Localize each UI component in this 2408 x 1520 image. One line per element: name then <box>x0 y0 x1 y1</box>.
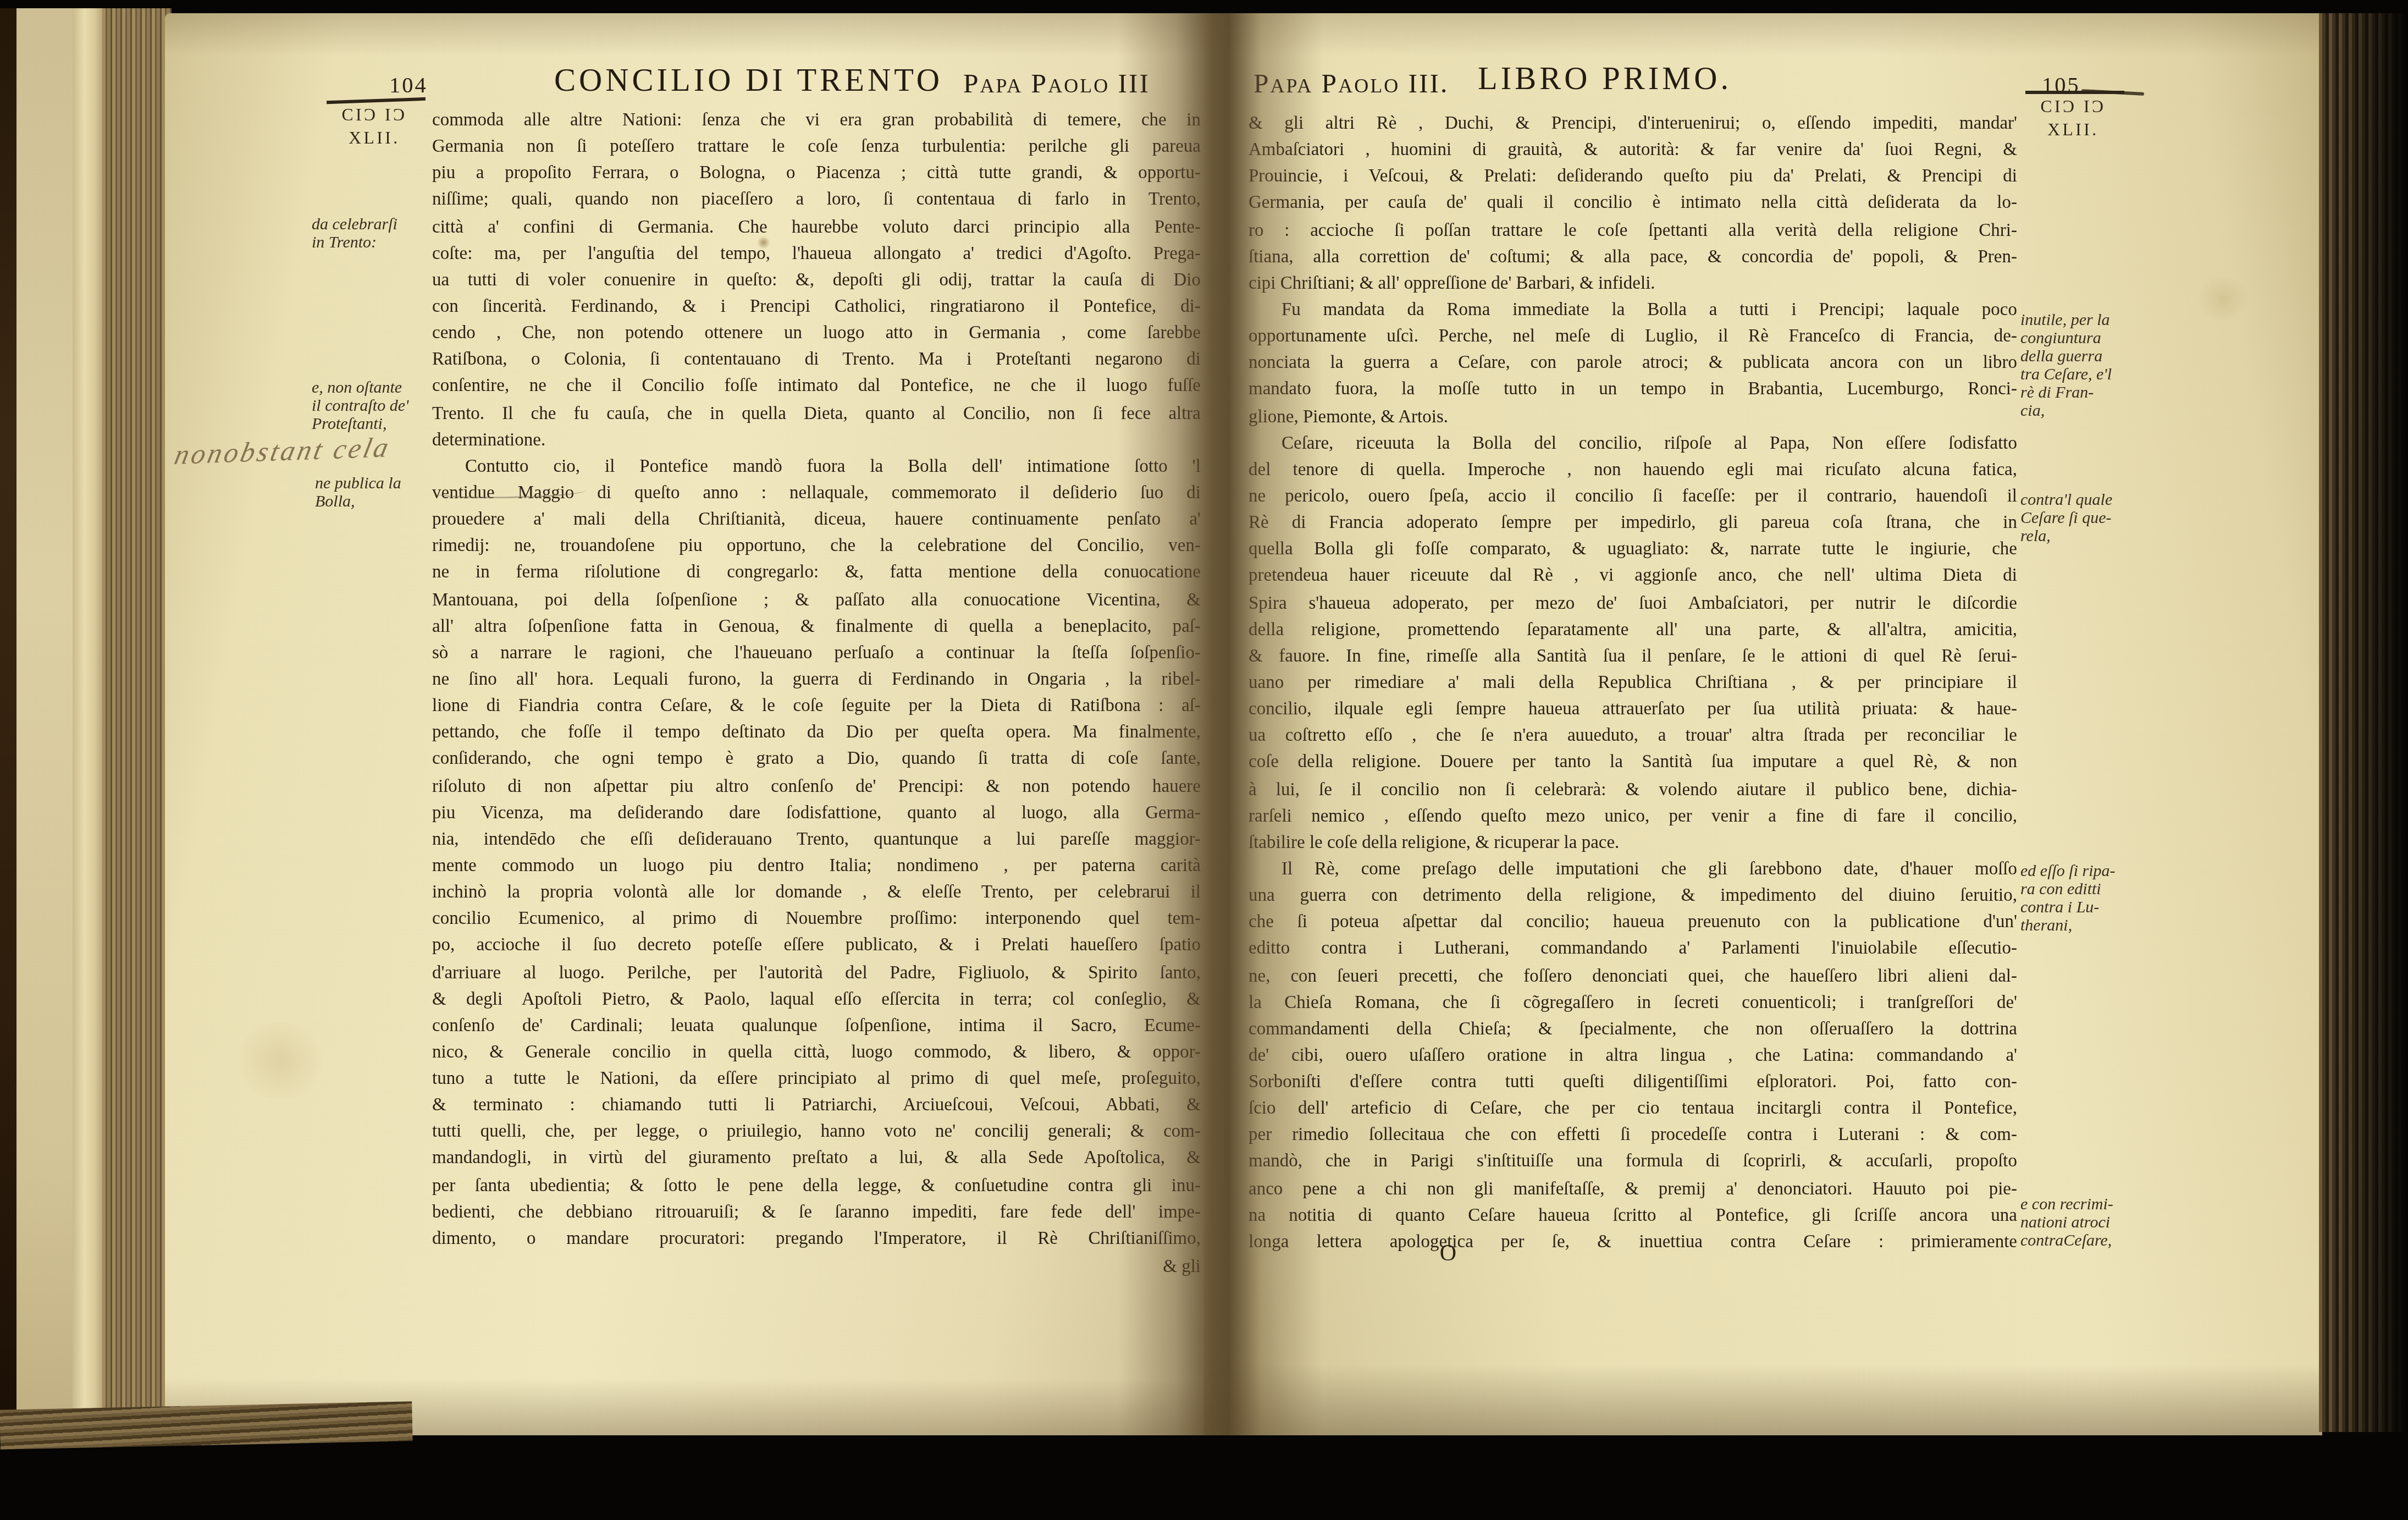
book-edge-right <box>2319 13 2408 1432</box>
text-line: commandamenti della Chieſa; & ſpecialmen… <box>1249 1016 2017 1042</box>
book-edge-left <box>0 8 172 1440</box>
text-line: ſtiana, alla correttion de' coſtumi; & a… <box>1249 244 2017 270</box>
paragraph: & gli altri Rè , Duchi, & Prencipi, d'in… <box>1249 111 2017 297</box>
text-line: che ſi poteua aſpettar dal concilio; hau… <box>1249 910 2017 936</box>
text-line: Germania, per cauſa de' quali il concili… <box>1249 190 2017 217</box>
text-line: piu a propoſito Ferrara, o Bologna, o Pi… <box>432 161 1201 187</box>
running-title-left: CONCILIO DI TRENTO <box>554 64 943 101</box>
page-number-right: 105 <box>2042 73 2080 99</box>
catchword: & gli <box>432 1257 1201 1277</box>
text-line: concilio Ecumenico, al primo di Nouembre… <box>432 906 1201 933</box>
text-line: Ratiſbona, o Colonia, ſi contentauano di… <box>432 347 1201 373</box>
text-line: mandandogli, in virtù del giuramento pre… <box>432 1145 1201 1172</box>
paragraph: Il Rè, come preſago delle imputationi ch… <box>1249 856 2017 1255</box>
text-line: coſte: ma, per l'anguſtia del tempo, l'h… <box>432 240 1201 267</box>
page-ridge-edge <box>73 8 102 1440</box>
text-line: ne in ferma riſolutione di congregarlo: … <box>432 560 1201 586</box>
text-line: uano per rimediare a' mali della Republi… <box>1249 670 2017 696</box>
text-line: Spira s'haueua adoperato, per mezo de' ſ… <box>1249 590 2017 616</box>
text-line: à lui, ſe il concilio non ſi celebrarà: … <box>1249 776 2017 803</box>
text-line: commoda alle altre Nationi: ſenza che vi… <box>432 107 1201 134</box>
text-line: coſe della religione. Douere per tanto l… <box>1249 750 2017 776</box>
text-line: na notitia di quanto Ceſare haueua ſcrit… <box>1249 1202 2017 1229</box>
text-line: una guerra con detrimento della religion… <box>1249 883 2017 909</box>
text-line: rarſeli nemico , eſſendo queſto mezo uni… <box>1249 803 2017 829</box>
page-stack-left <box>102 8 172 1440</box>
text-line: per ſanta ubedientia; & ſotto le pene de… <box>432 1172 1201 1199</box>
text-line: determinatione. <box>432 427 1201 453</box>
margin-note-non-ostante: e, non oſtante il contraſto de' Proteſta… <box>312 379 450 434</box>
text-line: ne pericolo, ouero ſpeſa, accio il conci… <box>1249 483 2017 510</box>
margin-note-recriminationi: e con recrimi- nationi atroci contraCeſa… <box>2020 1196 2152 1251</box>
text-line: Fu mandata da Roma immediate la Bolla a … <box>1249 297 2017 323</box>
text-line: Ambaſciatori , huomini di grauità, & aut… <box>1249 137 2017 163</box>
text-line: pretendeua hauer riceuute dal Rè , vi ag… <box>1249 563 2017 590</box>
text-line: conſentire, ne che il Concilio foſſe int… <box>432 373 1201 400</box>
signature-mark: O <box>1415 1242 1481 1269</box>
text-line: Contutto cio, il Pontefice mandò fuora l… <box>432 453 1201 480</box>
text-line: mandato fuora, la moſſe tutto in un temp… <box>1249 377 2017 403</box>
text-line: ua coſtretto eſſo , che ſe n'era auuedut… <box>1249 723 2017 750</box>
text-line: Sorboniſti d'eſſere contra tutti queſti … <box>1249 1069 2017 1095</box>
text-line: ua tutti di voler conuenire in queſto: &… <box>432 267 1201 294</box>
text-line: bedienti, che debbiano ritrouaruiſi; & ſ… <box>432 1199 1201 1225</box>
text-line: niſſime; quali, quando non piaceſſero a … <box>432 187 1201 213</box>
margin-note-ed-esso: ed eſſo ſi ripa- ra con editti contra i … <box>2020 863 2149 935</box>
paragraph: Fu mandata da Roma immediate la Bolla a … <box>1249 297 2017 430</box>
text-line: dimento, o mandare procuratori: pregando… <box>432 1226 1201 1252</box>
text-line: mente commodo un luogo piu dentro Italia… <box>432 853 1201 879</box>
text-line: mandò, che in Parigi s'inſtituiſſe una f… <box>1249 1149 2017 1175</box>
text-line: longa lettera apologetica per ſe, & inue… <box>1249 1229 2017 1255</box>
text-line: riſoluto di non aſpettar piu altro conſe… <box>432 773 1201 800</box>
text-line: della religione, promettendo ſeparatamen… <box>1249 616 2017 643</box>
text-line: ne, con ſeueri precetti, che foſſero den… <box>1249 963 2017 989</box>
text-line: nico, & Generale concilio in quella citt… <box>432 1039 1201 1066</box>
text-line: & degli Apoſtoli Pietro, & Paolo, laqual… <box>432 986 1201 1012</box>
running-title-right-papa: Papa Paolo III. <box>1253 68 1449 101</box>
text-line: & gli altri Rè , Duchi, & Prencipi, d'in… <box>1249 111 2017 137</box>
text-line: tutti quelli, che, per legge, o priuileg… <box>432 1119 1201 1145</box>
running-title-right: LIBRO PRIMO. <box>1478 63 1732 99</box>
text-line: Il Rè, come preſago delle imputationi ch… <box>1249 856 2017 883</box>
page-number-left: 104 <box>389 73 428 99</box>
text-line: la Chieſa Romana, che ſi cõgregaſſero in… <box>1249 989 2017 1016</box>
text-line: Trento. Il che fu cauſa, che in quella D… <box>432 400 1201 427</box>
text-line: piu Vicenza, ma deſiderando dare ſodisfa… <box>432 800 1201 826</box>
text-line: ne ſino all' hora. Lequali furono, la gu… <box>432 667 1201 693</box>
text-line: sò a narrare le ragioni, che l'haueuano … <box>432 640 1201 666</box>
text-line: ſtabilire le coſe della religione, & ric… <box>1249 829 2017 856</box>
margin-rule-right <box>2025 91 2124 94</box>
text-line: Germania non ſi poteſſero trattare le co… <box>432 134 1201 160</box>
text-line: glione, Piemonte, & Artois. <box>1249 404 2017 430</box>
margin-note-da-celebrarsi: da celebrarſi in Trento: <box>312 216 444 252</box>
text-line: inchinò la propria volontà alle lor doma… <box>432 879 1201 906</box>
text-line: po, accioche il ſuo decreto poteſſe eſſe… <box>432 933 1201 959</box>
page-stack-bottom <box>0 1401 413 1450</box>
running-title-left-continuation: Papa Paolo III <box>963 68 1150 101</box>
photo-background: 104 CONCILIO DI TRENTO Papa Paolo III Pa… <box>0 0 2408 1520</box>
margin-note-contra-quale: contra'l quale Ceſare ſi que- rela, <box>2020 492 2149 546</box>
cover-leather-edge <box>0 8 16 1440</box>
text-line: quella Bolla gli foſſe comparato, & ugua… <box>1249 537 2017 563</box>
margin-note-ne-publica: ne publica la Bolla, <box>315 475 447 511</box>
text-line: Rè di Francia adoperato ſempre per imped… <box>1249 510 2017 536</box>
text-line: concilio, ilquale egli ſempre haueua att… <box>1249 696 2017 723</box>
text-line: tuno a tutte le Nationi, da eſſere princ… <box>432 1066 1201 1092</box>
text-line: cipi Chriſtiani; & all' oppreſſione de' … <box>1249 271 2017 297</box>
paragraph: Contutto cio, il Pontefice mandò fuora l… <box>432 453 1201 1252</box>
text-line: rimedij: ne, trouandoſene piu opportuno,… <box>432 533 1201 560</box>
text-line: editto contra i Lutherani, commandando a… <box>1249 936 2017 962</box>
text-line: nonciata la guerra a Ceſare, con parole … <box>1249 350 2017 377</box>
text-line: de' cibi, ouero uſaſſero oratione in alt… <box>1249 1043 2017 1069</box>
text-line: Prouincie, i Veſcoui, & Prelati: deſider… <box>1249 164 2017 190</box>
text-line: ſcio dell' arteficio di Ceſare, che per … <box>1249 1096 2017 1122</box>
text-line: conſiderando, che ogni tempo è grato a D… <box>432 746 1201 773</box>
text-line: cendo , Che, non potendo ottenere un luo… <box>432 320 1201 346</box>
text-line: città a' confini di Germania. Che haureb… <box>432 214 1201 240</box>
margin-note-inutile: inutile, per la congiuntura della guerra… <box>2020 312 2149 421</box>
margin-year-left: CIƆ IƆ XLII. <box>323 106 426 150</box>
text-line: per rimedio ſollecitaua che con effetti … <box>1249 1122 2017 1149</box>
body-text-left: commoda alle altre Nationi: ſenza che vi… <box>432 107 1201 1252</box>
paragraph: commoda alle altre Nationi: ſenza che vi… <box>432 107 1201 453</box>
text-line: anco pene a chi non gli manifeſtaſſe, & … <box>1249 1176 2017 1202</box>
book-photo: 104 CONCILIO DI TRENTO Papa Paolo III Pa… <box>0 0 2408 1520</box>
text-line: del tenore di quella. Imperoche , non ha… <box>1249 456 2017 483</box>
text-line: conſenſo de' Cardinali; leuata qualunque… <box>432 1012 1201 1039</box>
text-line: Ceſare, riceuuta la Bolla del concilio, … <box>1249 430 2017 456</box>
body-text-right: & gli altri Rè , Duchi, & Prencipi, d'in… <box>1249 111 2017 1255</box>
text-line: d'arriuare al luogo. Perilche, per l'aut… <box>432 960 1201 986</box>
text-line: ro : accioche ſi poſſan trattare le coſe… <box>1249 217 2017 244</box>
paragraph: Ceſare, riceuuta la Bolla del concilio, … <box>1249 430 2017 856</box>
text-line: all' altra ſoſpenſione fatta in Genoua, … <box>432 613 1201 640</box>
text-line: prouedere a' mali della Chriſtianità, di… <box>432 506 1201 533</box>
text-line: & terminato : chiamando tutti li Patriar… <box>432 1093 1201 1119</box>
flyleaf-edge <box>16 8 73 1440</box>
text-line: nia, intendēdo che eſſi deſiderauano Tre… <box>432 826 1201 852</box>
text-line: con ſincerità. Ferdinando, & i Prencipi … <box>432 294 1201 320</box>
text-line: pettando, che foſſe il tempo deſtinato d… <box>432 720 1201 746</box>
text-line: Mantouana, poi della ſoſpenſione ; & paſ… <box>432 587 1201 613</box>
text-line: opportunamente uſcì. Perche, nel meſe di… <box>1249 323 2017 350</box>
margin-year-right: CIƆ IƆ XLII. <box>2022 97 2124 142</box>
text-line: & fauore. In fine, rimeſſe alla Santità … <box>1249 643 2017 669</box>
text-line: lione di Fiandria contra Ceſare, & le co… <box>432 693 1201 719</box>
